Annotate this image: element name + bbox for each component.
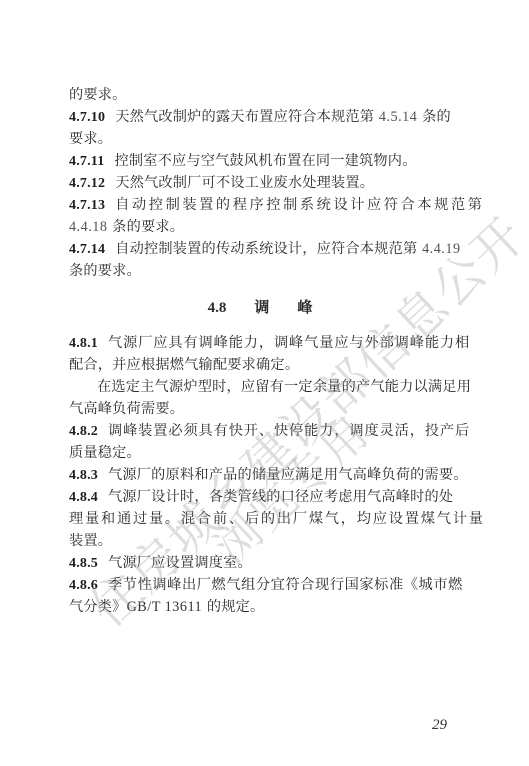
page-number: 29 bbox=[432, 717, 447, 734]
text-line: 4.4.18 条的要求。 bbox=[69, 216, 184, 238]
clause-number: 4.8.3 bbox=[69, 468, 98, 483]
line-text: 配合，并应根据燃气输配要求确定。 bbox=[69, 357, 299, 373]
line-text: 理量和通过量。混合前、后的出厂煤气，均应设置煤气计量 bbox=[69, 511, 485, 527]
clause-4-7-10: 4.7.10天然气改制炉的露天布置应符合本规范第 4.5.14 条的 bbox=[69, 106, 451, 128]
clause-text: 控制室不应与空气鼓风机布置在同一建筑物内。 bbox=[114, 153, 416, 169]
section-heading: 4.8调峰 bbox=[69, 296, 465, 319]
clause-text: 气源厂设计时，各类管线的口径应考虑用气高峰时的处 bbox=[108, 489, 453, 505]
line-text: 的要求。 bbox=[69, 87, 127, 103]
clause-text: 天然气改制炉的露天布置应符合本规范第 bbox=[115, 109, 379, 125]
clause-reference: 4.5.14 bbox=[379, 109, 417, 125]
clause-text: 自动控制装置的传动系统设计，应符合本规范第 bbox=[115, 241, 422, 257]
standard-reference: GB/T 13611 bbox=[127, 599, 203, 615]
clause-text: 调峰装置必须具有快开、快停能力，调度灵活，投产后 bbox=[108, 423, 470, 439]
clause-4-7-12: 4.7.12天然气改制厂可不设工业废水处理装置。 bbox=[69, 172, 374, 194]
clause-number: 4.8.1 bbox=[69, 336, 98, 351]
text-line-indented: 在选定主气源炉型时，应留有一定余量的产气能力以满足用 bbox=[69, 376, 471, 398]
clause-text: 气源厂应具有调峰能力，调峰气量应与外部调峰能力相 bbox=[108, 335, 470, 351]
clause-text: 气源厂的原料和产品的储量应满足用气高峰负荷的需要。 bbox=[108, 467, 468, 483]
line-text: 在选定主气源炉型时，应留有一定余量的产气能力以满足用 bbox=[97, 379, 471, 395]
clause-number: 4.7.14 bbox=[69, 242, 105, 257]
line-text: 气分类》 bbox=[69, 599, 127, 615]
text-line: 条的要求。 bbox=[69, 260, 141, 282]
text-line: 质量稳定。 bbox=[69, 442, 141, 464]
clause-number: 4.8.6 bbox=[69, 578, 98, 593]
line-text: 要求。 bbox=[69, 131, 112, 147]
line-text: 质量稳定。 bbox=[69, 445, 141, 461]
clause-number: 4.7.12 bbox=[69, 176, 105, 191]
line-text: 气高峰负荷需要。 bbox=[69, 401, 184, 417]
clause-number: 4.8.4 bbox=[69, 490, 98, 505]
clause-4-8-1: 4.8.1气源厂应具有调峰能力，调峰气量应与外部调峰能力相 bbox=[69, 332, 470, 354]
clause-4-8-3: 4.8.3气源厂的原料和产品的储量应满足用气高峰负荷的需要。 bbox=[69, 464, 468, 486]
section-number: 4.8 bbox=[208, 300, 227, 316]
clause-4-8-2: 4.8.2调峰装置必须具有快开、快停能力，调度灵活，投产后 bbox=[69, 420, 470, 442]
clause-number: 4.7.10 bbox=[69, 110, 105, 125]
clause-4-8-4: 4.8.4气源厂设计时，各类管线的口径应考虑用气高峰时的处 bbox=[69, 486, 453, 508]
clause-number: 4.7.13 bbox=[69, 198, 105, 213]
text-line: 装置。 bbox=[69, 530, 112, 552]
clause-4-7-14: 4.7.14自动控制装置的传动系统设计，应符合本规范第 4.4.19 bbox=[69, 238, 461, 260]
clause-number: 4.8.2 bbox=[69, 424, 98, 439]
clause-text: 自动控制装置的程序控制系统设计应符合本规范第 bbox=[115, 197, 484, 213]
text-line: 理量和通过量。混合前、后的出厂煤气，均应设置煤气计量 bbox=[69, 508, 485, 530]
clause-4-8-6: 4.8.6季节性调峰出厂燃气组分宜符合现行国家标准《城市燃 bbox=[69, 574, 463, 596]
text-line: 气分类》GB/T 13611 的规定。 bbox=[69, 596, 264, 618]
line-text: 条的要求。 bbox=[107, 219, 184, 235]
text-line: 的要求。 bbox=[69, 84, 127, 106]
section-title-char-1: 调 bbox=[254, 298, 269, 316]
clause-text: 季节性调峰出厂燃气组分宜符合现行国家标准《城市燃 bbox=[108, 577, 463, 593]
clause-4-7-13: 4.7.13自动控制装置的程序控制系统设计应符合本规范第 bbox=[69, 194, 485, 216]
line-text: 装置。 bbox=[69, 533, 112, 549]
clause-reference: 4.4.19 bbox=[422, 241, 460, 257]
line-text: 条的要求。 bbox=[69, 263, 141, 279]
text-line: 配合，并应根据燃气输配要求确定。 bbox=[69, 354, 299, 376]
clause-4-8-5: 4.8.5气源厂应设置调度室。 bbox=[69, 552, 252, 574]
text-line: 气高峰负荷需要。 bbox=[69, 398, 184, 420]
clause-number: 4.7.11 bbox=[69, 154, 104, 169]
clause-text: 气源厂应设置调度室。 bbox=[108, 555, 252, 571]
clause-4-7-11: 4.7.11控制室不应与空气鼓风机布置在同一建筑物内。 bbox=[69, 150, 417, 172]
clause-text-tail: 条的 bbox=[417, 109, 451, 125]
section-title-char-2: 峰 bbox=[297, 298, 312, 316]
clause-number: 4.8.5 bbox=[69, 556, 98, 571]
clause-reference: 4.4.18 bbox=[69, 219, 107, 235]
line-text-tail: 的规定。 bbox=[202, 599, 264, 615]
text-line: 要求。 bbox=[69, 128, 112, 150]
clause-text: 天然气改制厂可不设工业废水处理装置。 bbox=[115, 175, 374, 191]
